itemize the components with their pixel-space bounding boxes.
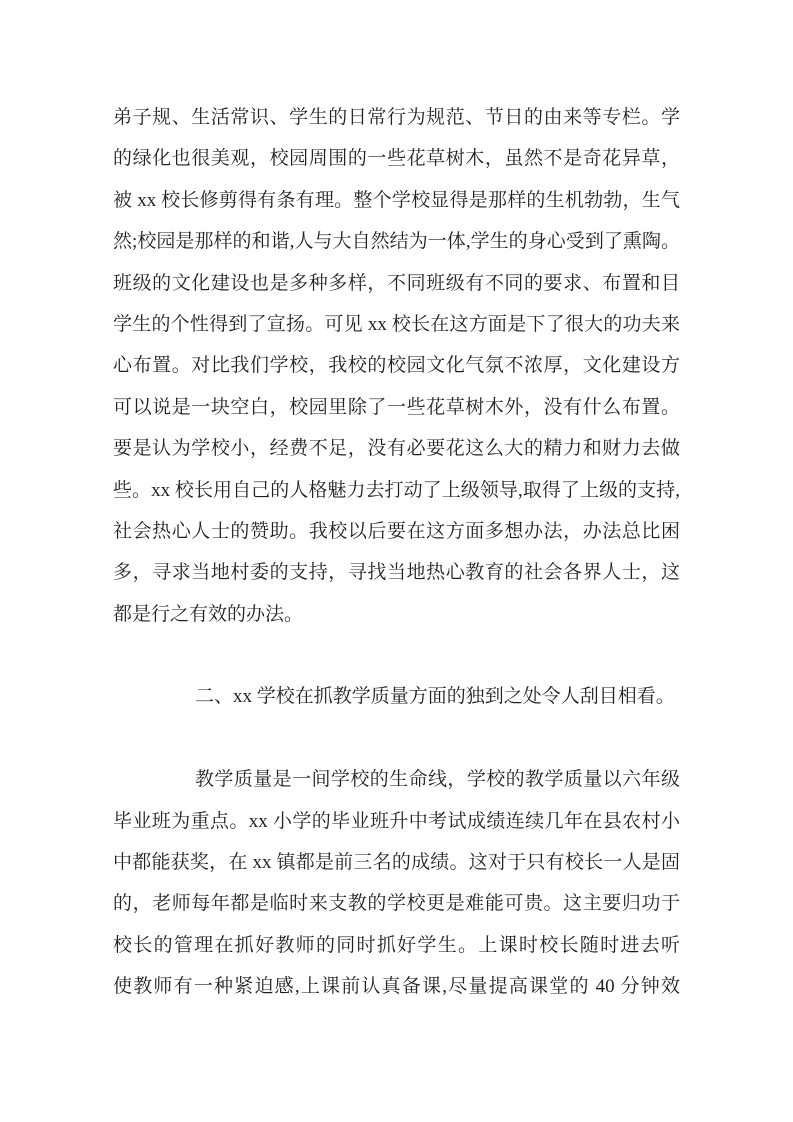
blank-line: [113, 635, 680, 676]
text-line: 要是认为学校小，经费不足，没有必要花这么大的精力和财力去做这: [113, 428, 680, 469]
paragraph-2: 教学质量是一间学校的生命线，学校的教学质量以六年级的 毕业班为重点。xx 小学的…: [113, 759, 680, 1007]
text-line: 教学质量是一间学校的生命线，学校的教学质量以六年级的: [113, 759, 680, 800]
paragraph-1: 弟子规、生活常识、学生的日常行为规范、节日的由来等专栏。学校 的绿化也很美观，校…: [113, 97, 680, 635]
document-body: 弟子规、生活常识、学生的日常行为规范、节日的由来等专栏。学校 的绿化也很美观，校…: [113, 97, 680, 1008]
text-line: 些。xx 校长用自己的人格魅力去打动了上级领导,取得了上级的支持,: [113, 470, 680, 511]
text-line: 然;校园是那样的和谐,人与大自然结为一体,学生的身心受到了熏陶。: [113, 221, 680, 262]
text-line: 可以说是一块空白，校园里除了一些花草树木外，没有什么布置。主: [113, 387, 680, 428]
text-line: 心布置。对比我们学校，我校的校园文化气氛不浓厚，文化建设方面: [113, 345, 680, 386]
text-line: 被 xx 校长修剪得有条有理。整个学校显得是那样的生机勃勃，生气盎: [113, 180, 680, 221]
text-line: 使教师有一种紧迫感,上课前认真备课,尽量提高课堂的 40 分钟效率，: [113, 966, 680, 1007]
section-heading: 二、xx 学校在抓教学质量方面的独到之处令人刮目相看。: [113, 676, 680, 717]
text-line: 的绿化也很美观，校园周围的一些花草树木，虽然不是奇花异草，却: [113, 138, 680, 179]
text-line: 都是行之有效的办法。: [113, 594, 680, 635]
text-line: 中都能获奖，在 xx 镇都是前三名的成绩。这对于只有校长一人是固定: [113, 842, 680, 883]
text-line: 弟子规、生活常识、学生的日常行为规范、节日的由来等专栏。学校: [113, 97, 680, 138]
text-line: 班级的文化建设也是多种多样，不同班级有不同的要求、布置和目标，: [113, 263, 680, 304]
text-line: 多，寻求当地村委的支持，寻找当地热心教育的社会各界人士，这些: [113, 552, 680, 593]
text-line: 校长的管理在抓好教师的同时抓好学生。上课时校长随时进去听课，: [113, 925, 680, 966]
blank-line: [113, 718, 680, 759]
text-line: 毕业班为重点。xx 小学的毕业班升中考试成绩连续几年在县农村小学: [113, 801, 680, 842]
text-line: 学生的个性得到了宣扬。可见 xx 校长在这方面是下了很大的功夫来精: [113, 304, 680, 345]
document-page: 弟子规、生活常识、学生的日常行为规范、节日的由来等专栏。学校 的绿化也很美观，校…: [0, 0, 793, 1122]
text-line: 社会热心人士的赞助。我校以后要在这方面多想办法，办法总比困难: [113, 511, 680, 552]
text-line: 的，老师每年都是临时来支教的学校更是难能可贵。这主要归功于王: [113, 883, 680, 924]
